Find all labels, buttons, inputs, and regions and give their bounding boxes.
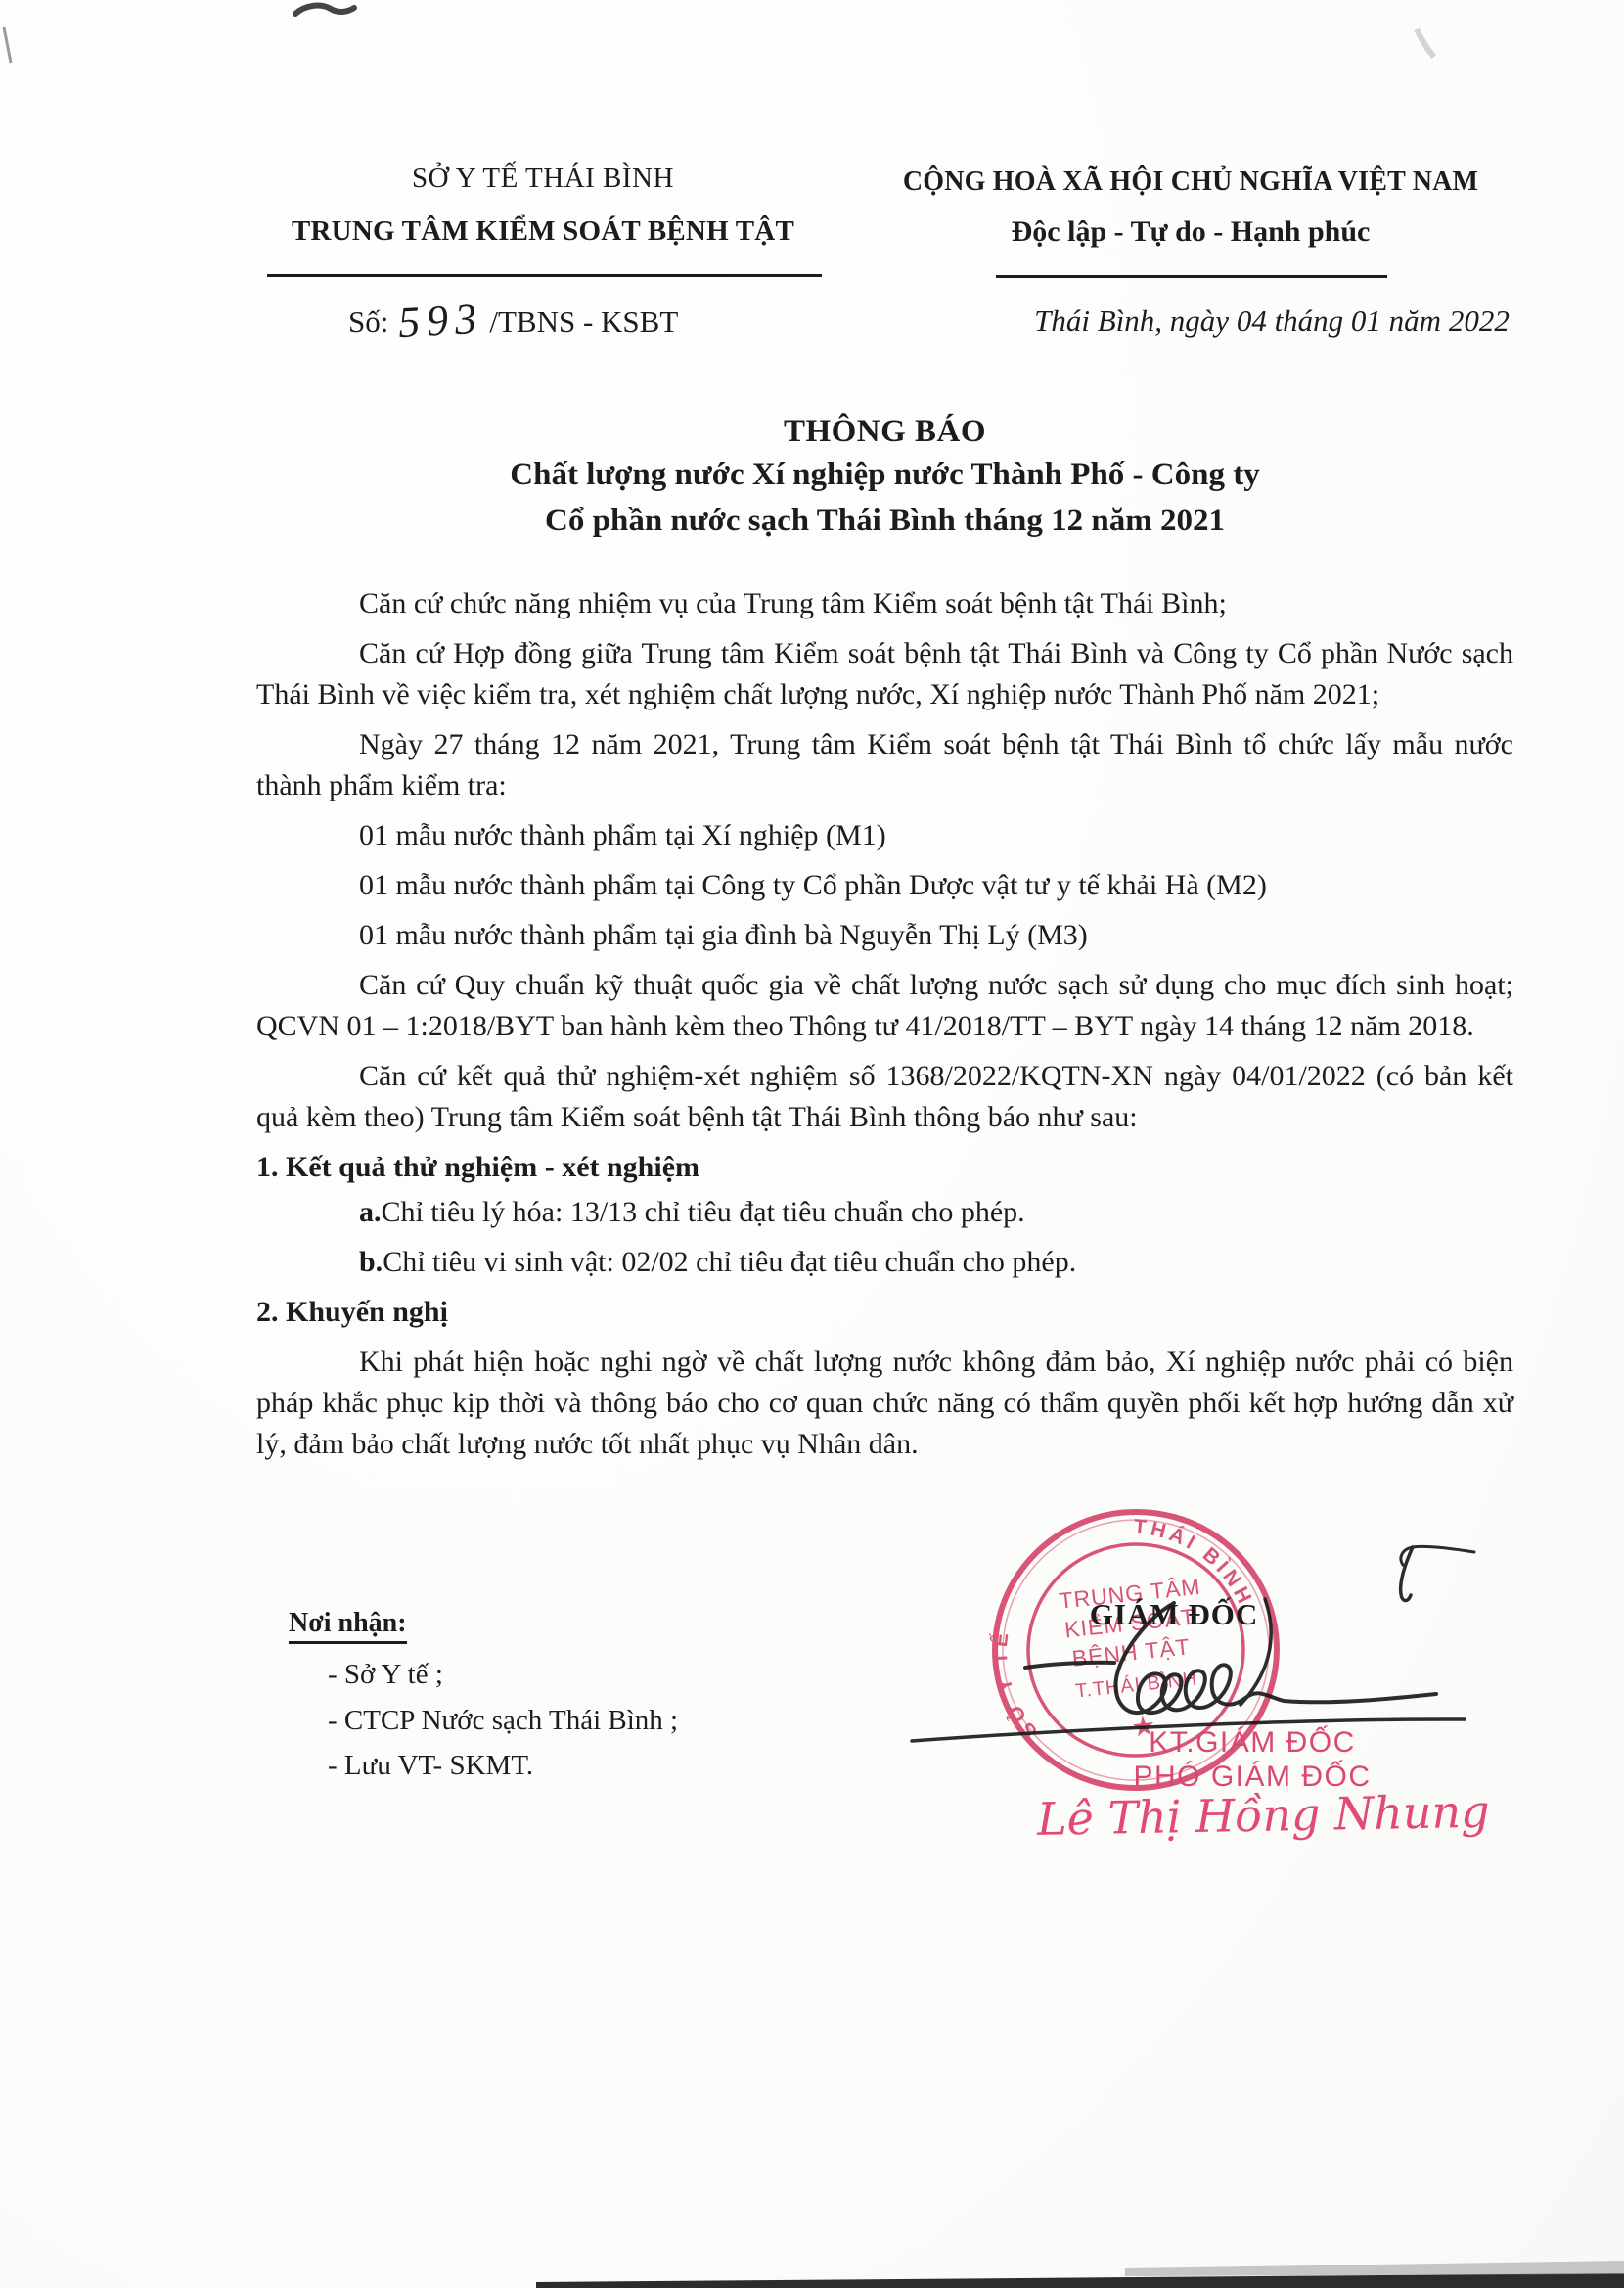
scan-mark-top — [295, 6, 354, 14]
kt-director-line: KT.GIÁM ĐỐC — [1096, 1726, 1409, 1760]
national-motto-line1: CỘNG HOÀ XÃ HỘI CHỦ NGHĨA VIỆT NAM — [853, 166, 1528, 198]
document-subtitle-line1: Chất lượng nước Xí nghiệp nước Thành Phố… — [256, 457, 1513, 493]
result-item-b-text: Chỉ tiêu vi sinh vật: 02/02 chỉ tiêu đạt… — [383, 1246, 1076, 1278]
scan-bottom-shadow-light — [1125, 2261, 1624, 2276]
issuing-department: SỞ Y TẾ THÁI BÌNH — [264, 162, 822, 195]
section-2-heading: 2. Khuyến nghị — [256, 1292, 1513, 1333]
scan-smudge-right — [1417, 29, 1434, 57]
document-number-suffix: /TBNS - KSBT — [489, 304, 678, 339]
document-title: THÔNG BÁO — [256, 414, 1513, 450]
recipients-list: - Sở Y tế ; - CTCP Nước sạch Thái Bình ;… — [328, 1652, 678, 1789]
scanned-document-page: SỞ Y TẾ THÁI BÌNH TRUNG TÂM KIỂM SOÁT BỆ… — [0, 0, 1624, 2288]
recipient-item: - Sở Y tế ; — [328, 1652, 678, 1698]
recipient-item: - Lưu VT- SKMT. — [328, 1743, 678, 1789]
document-number-prefix: Số: — [348, 304, 388, 339]
paragraph-recommendation: Khi phát hiện hoặc nghi ngờ về chất lượn… — [256, 1342, 1513, 1465]
sample-item-m3: 01 mẫu nước thành phẩm tại gia đình bà N… — [256, 915, 1513, 956]
document-body: Căn cứ chức năng nhiệm vụ của Trung tâm … — [256, 583, 1513, 1474]
scan-mark-corner — [4, 27, 11, 63]
header-left-underline — [267, 274, 822, 277]
document-number-handwritten: 593 — [387, 293, 491, 347]
result-item-a-label: a. — [359, 1196, 382, 1228]
dateline: Thái Bình, ngày 04 tháng 01 năm 2022 — [988, 303, 1556, 339]
document-number: Số:593/TBNS - KSBT — [348, 293, 678, 343]
section-1-heading: 1. Kết quả thử nghiệm - xét nghiệm — [256, 1147, 1513, 1188]
signer-name: Lê Thị Hồng Nhung — [1037, 1785, 1468, 1846]
scan-bottom-shadow — [536, 2273, 1624, 2288]
result-item-b: b.Chỉ tiêu vi sinh vật: 02/02 chỉ tiêu đ… — [256, 1242, 1513, 1283]
signer-title: GIÁM ĐỐC — [1037, 1597, 1311, 1632]
paragraph-basis-1: Căn cứ chức năng nhiệm vụ của Trung tâm … — [256, 583, 1513, 624]
result-item-b-label: b. — [359, 1246, 383, 1278]
issuing-center: TRUNG TÂM KIỂM SOÁT BỆNH TẬT — [235, 215, 851, 248]
result-item-a: a.Chỉ tiêu lý hóa: 13/13 chỉ tiêu đạt ti… — [256, 1192, 1513, 1233]
stamp-inner-line4: T.THÁI BÌNH — [1074, 1668, 1198, 1703]
header-right-underline — [996, 275, 1387, 278]
sample-item-m2: 01 mẫu nước thành phẩm tại Công ty Cổ ph… — [256, 865, 1513, 906]
sample-item-m1: 01 mẫu nước thành phẩm tại Xí nghiệp (M1… — [256, 815, 1513, 856]
paragraph-results-ref: Căn cứ kết quả thử nghiệm-xét nghiệm số … — [256, 1056, 1513, 1138]
paragraph-sampling: Ngày 27 tháng 12 năm 2021, Trung tâm Kiể… — [256, 724, 1513, 806]
document-subtitle-line2: Cổ phần nước sạch Thái Bình tháng 12 năm… — [256, 503, 1513, 539]
paragraph-basis-2: Căn cứ Hợp đồng giữa Trung tâm Kiểm soát… — [256, 633, 1513, 715]
recipient-item: - CTCP Nước sạch Thái Bình ; — [328, 1698, 678, 1744]
result-item-a-text: Chỉ tiêu lý hóa: 13/13 chỉ tiêu đạt tiêu… — [382, 1196, 1025, 1228]
recipients-heading: Nơi nhận: — [289, 1608, 407, 1644]
paragraph-standard: Căn cứ Quy chuẩn kỹ thuật quốc gia về ch… — [256, 965, 1513, 1047]
national-motto-line2: Độc lập - Tự do - Hạnh phúc — [853, 215, 1528, 249]
